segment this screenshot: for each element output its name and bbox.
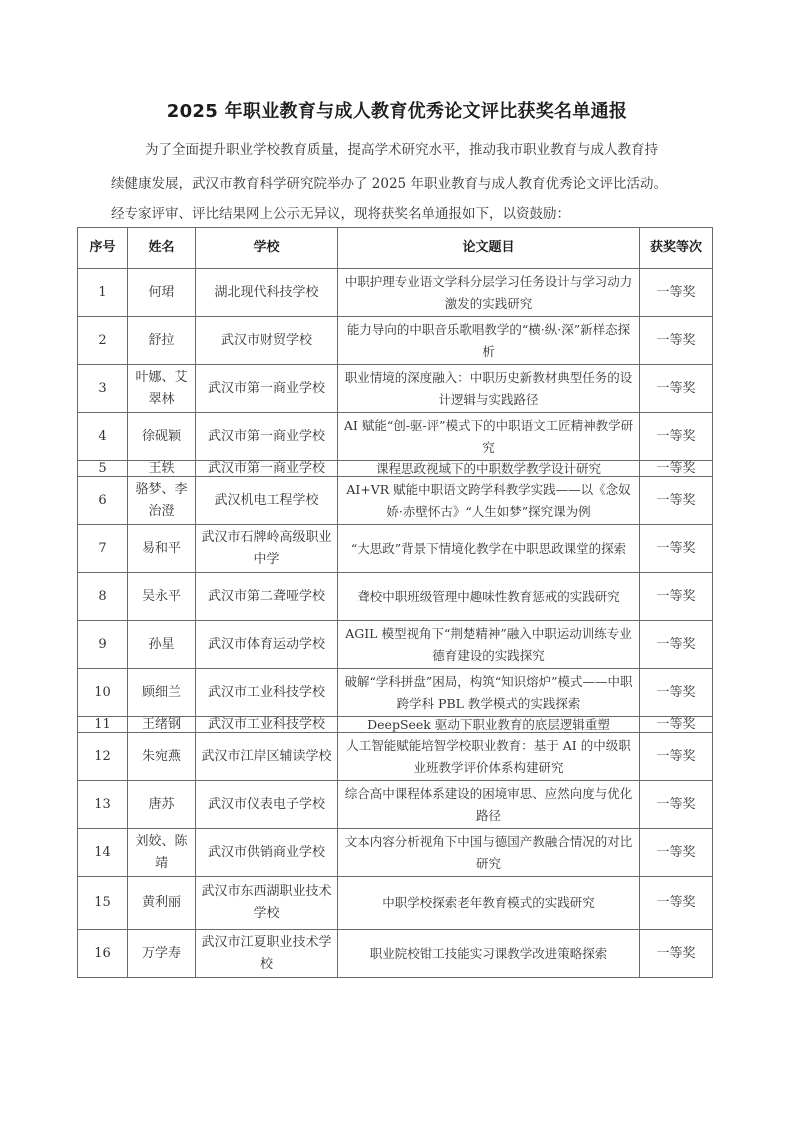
cell-school: 武汉市工业科技学校 — [196, 717, 338, 733]
cell-paper-title: 中职学校探索老年教育模式的实践研究 — [338, 877, 640, 930]
cell-paper-title: 聋校中职班级管理中趣味性教育惩戒的实践研究 — [338, 573, 640, 621]
cell-school: 武汉市第二聋哑学校 — [196, 573, 338, 621]
intro-paragraph-line-2: 续健康发展，武汉市教育科学研究院举办了 2025 年职业教育与成人教育优秀论文评… — [111, 172, 711, 192]
cell-paper-title: 中职护理专业语文学科分层学习任务设计与学习动力激发的实践研究 — [338, 269, 640, 317]
table-row: 9 孙星 武汉市体育运动学校 AGIL 模型视角下“荆楚精神”融入中职运动训练专… — [78, 621, 713, 669]
cell-paper-title: AI+VR 赋能中职语文跨学科教学实践——以《念奴娇·赤壁怀古》“人生如梦”探究… — [338, 477, 640, 525]
page-title: 2025 年职业教育与成人教育优秀论文评比获奖名单通报 — [0, 97, 794, 123]
table-row: 3 叶娜、艾翠林 武汉市第一商业学校 职业情境的深度融入：中职历史新教材典型任务… — [78, 365, 713, 413]
cell-school: 湖北现代科技学校 — [196, 269, 338, 317]
table-row: 10 顾细兰 武汉市工业科技学校 破解“学科拼盘”困局，构筑“知识熔炉”模式——… — [78, 669, 713, 717]
header-school: 学校 — [196, 228, 338, 269]
cell-award: 一等奖 — [640, 877, 713, 930]
cell-paper-title: 人工智能赋能培智学校职业教育：基于 AI 的中级职业班教学评价体系构建研究 — [338, 733, 640, 781]
cell-paper-title: 综合高中课程体系建设的困境审思、应然向度与优化路径 — [338, 781, 640, 829]
cell-award: 一等奖 — [640, 717, 713, 733]
cell-award: 一等奖 — [640, 669, 713, 717]
cell-no: 16 — [78, 930, 128, 978]
cell-name: 易和平 — [128, 525, 196, 573]
cell-award: 一等奖 — [640, 365, 713, 413]
cell-award: 一等奖 — [640, 930, 713, 978]
cell-school: 武汉市东西湖职业技术学校 — [196, 877, 338, 930]
cell-name: 黄利丽 — [128, 877, 196, 930]
cell-award: 一等奖 — [640, 781, 713, 829]
cell-no: 4 — [78, 413, 128, 461]
cell-paper-title: 课程思政视域下的中职数学教学设计研究 — [338, 461, 640, 477]
cell-school: 武汉市仪表电子学校 — [196, 781, 338, 829]
header-name: 姓名 — [128, 228, 196, 269]
table-row: 8 吴永平 武汉市第二聋哑学校 聋校中职班级管理中趣味性教育惩戒的实践研究 一等… — [78, 573, 713, 621]
table-row: 5 王轶 武汉市第一商业学校 课程思政视域下的中职数学教学设计研究 一等奖 — [78, 461, 713, 477]
cell-school: 武汉市江岸区辅读学校 — [196, 733, 338, 781]
cell-paper-title: 职业情境的深度融入：中职历史新教材典型任务的设计逻辑与实践路径 — [338, 365, 640, 413]
cell-award: 一等奖 — [640, 733, 713, 781]
table-row: 12 朱宛燕 武汉市江岸区辅读学校 人工智能赋能培智学校职业教育：基于 AI 的… — [78, 733, 713, 781]
cell-no: 1 — [78, 269, 128, 317]
cell-no: 2 — [78, 317, 128, 365]
cell-school: 武汉市第一商业学校 — [196, 413, 338, 461]
cell-name: 吴永平 — [128, 573, 196, 621]
cell-no: 14 — [78, 829, 128, 877]
cell-paper-title: 职业院校钳工技能实习课教学改进策略探索 — [338, 930, 640, 978]
cell-paper-title: “大思政”背景下情境化教学在中职思政课堂的探索 — [338, 525, 640, 573]
table-row: 13 唐苏 武汉市仪表电子学校 综合高中课程体系建设的困境审思、应然向度与优化路… — [78, 781, 713, 829]
cell-award: 一等奖 — [640, 477, 713, 525]
cell-school: 武汉市工业科技学校 — [196, 669, 338, 717]
cell-paper-title: 破解“学科拼盘”困局，构筑“知识熔炉”模式——中职跨学科 PBL 教学模式的实践… — [338, 669, 640, 717]
cell-paper-title: 文本内容分析视角下中国与德国产教融合情况的对比研究 — [338, 829, 640, 877]
cell-no: 5 — [78, 461, 128, 477]
cell-school: 武汉市石牌岭高级职业中学 — [196, 525, 338, 573]
cell-name: 唐苏 — [128, 781, 196, 829]
cell-name: 顾细兰 — [128, 669, 196, 717]
header-award-level: 获奖等次 — [640, 228, 713, 269]
cell-school: 武汉市财贸学校 — [196, 317, 338, 365]
cell-name: 刘姣、陈靖 — [128, 829, 196, 877]
cell-no: 3 — [78, 365, 128, 413]
cell-no: 6 — [78, 477, 128, 525]
header-paper-title: 论文题目 — [338, 228, 640, 269]
cell-name: 骆梦、李治澄 — [128, 477, 196, 525]
table-row: 6 骆梦、李治澄 武汉机电工程学校 AI+VR 赋能中职语文跨学科教学实践——以… — [78, 477, 713, 525]
intro-paragraph-line-1: 为了全面提升职业学校教育质量，提高学术研究水平，推动我市职业教育与成人教育持 — [145, 138, 745, 158]
cell-name: 叶娜、艾翠林 — [128, 365, 196, 413]
cell-no: 13 — [78, 781, 128, 829]
cell-school: 武汉市供销商业学校 — [196, 829, 338, 877]
cell-name: 徐砚颖 — [128, 413, 196, 461]
cell-school: 武汉市体育运动学校 — [196, 621, 338, 669]
cell-name: 王绪钢 — [128, 717, 196, 733]
cell-name: 何珺 — [128, 269, 196, 317]
cell-award: 一等奖 — [640, 829, 713, 877]
cell-paper-title: AI 赋能“创-驱-评”模式下的中职语文工匠精神教学研究 — [338, 413, 640, 461]
header-no: 序号 — [78, 228, 128, 269]
cell-no: 8 — [78, 573, 128, 621]
cell-school: 武汉市江夏职业技术学校 — [196, 930, 338, 978]
cell-no: 15 — [78, 877, 128, 930]
table-row: 1 何珺 湖北现代科技学校 中职护理专业语文学科分层学习任务设计与学习动力激发的… — [78, 269, 713, 317]
cell-paper-title: DeepSeek 驱动下职业教育的底层逻辑重塑 — [338, 717, 640, 733]
cell-award: 一等奖 — [640, 317, 713, 365]
table-row: 11 王绪钢 武汉市工业科技学校 DeepSeek 驱动下职业教育的底层逻辑重塑… — [78, 717, 713, 733]
cell-no: 10 — [78, 669, 128, 717]
table-row: 15 黄利丽 武汉市东西湖职业技术学校 中职学校探索老年教育模式的实践研究 一等… — [78, 877, 713, 930]
cell-award: 一等奖 — [640, 413, 713, 461]
cell-award: 一等奖 — [640, 269, 713, 317]
cell-name: 孙星 — [128, 621, 196, 669]
table-row: 16 万学寿 武汉市江夏职业技术学校 职业院校钳工技能实习课教学改进策略探索 一… — [78, 930, 713, 978]
table-row: 14 刘姣、陈靖 武汉市供销商业学校 文本内容分析视角下中国与德国产教融合情况的… — [78, 829, 713, 877]
table-row: 7 易和平 武汉市石牌岭高级职业中学 “大思政”背景下情境化教学在中职思政课堂的… — [78, 525, 713, 573]
table-row: 4 徐砚颖 武汉市第一商业学校 AI 赋能“创-驱-评”模式下的中职语文工匠精神… — [78, 413, 713, 461]
cell-school: 武汉市第一商业学校 — [196, 365, 338, 413]
cell-award: 一等奖 — [640, 525, 713, 573]
intro-paragraph-line-3: 经专家评审、评比结果网上公示无异议，现将获奖名单通报如下，以资鼓励： — [111, 202, 711, 222]
cell-paper-title: AGIL 模型视角下“荆楚精神”融入中职运动训练专业德育建设的实践探究 — [338, 621, 640, 669]
cell-school: 武汉机电工程学校 — [196, 477, 338, 525]
cell-award: 一等奖 — [640, 573, 713, 621]
cell-award: 一等奖 — [640, 461, 713, 477]
cell-no: 11 — [78, 717, 128, 733]
cell-award: 一等奖 — [640, 621, 713, 669]
table-row: 2 舒拉 武汉市财贸学校 能力导向的中职音乐歌唱教学的“横·纵·深”新样态探析 … — [78, 317, 713, 365]
cell-name: 朱宛燕 — [128, 733, 196, 781]
cell-no: 12 — [78, 733, 128, 781]
table-header-row: 序号 姓名 学校 论文题目 获奖等次 — [78, 228, 713, 269]
cell-no: 9 — [78, 621, 128, 669]
cell-paper-title: 能力导向的中职音乐歌唱教学的“横·纵·深”新样态探析 — [338, 317, 640, 365]
cell-no: 7 — [78, 525, 128, 573]
cell-name: 万学寿 — [128, 930, 196, 978]
cell-name: 王轶 — [128, 461, 196, 477]
cell-school: 武汉市第一商业学校 — [196, 461, 338, 477]
cell-name: 舒拉 — [128, 317, 196, 365]
awards-table: 序号 姓名 学校 论文题目 获奖等次 1 何珺 湖北现代科技学校 中职护理专业语… — [77, 227, 713, 978]
